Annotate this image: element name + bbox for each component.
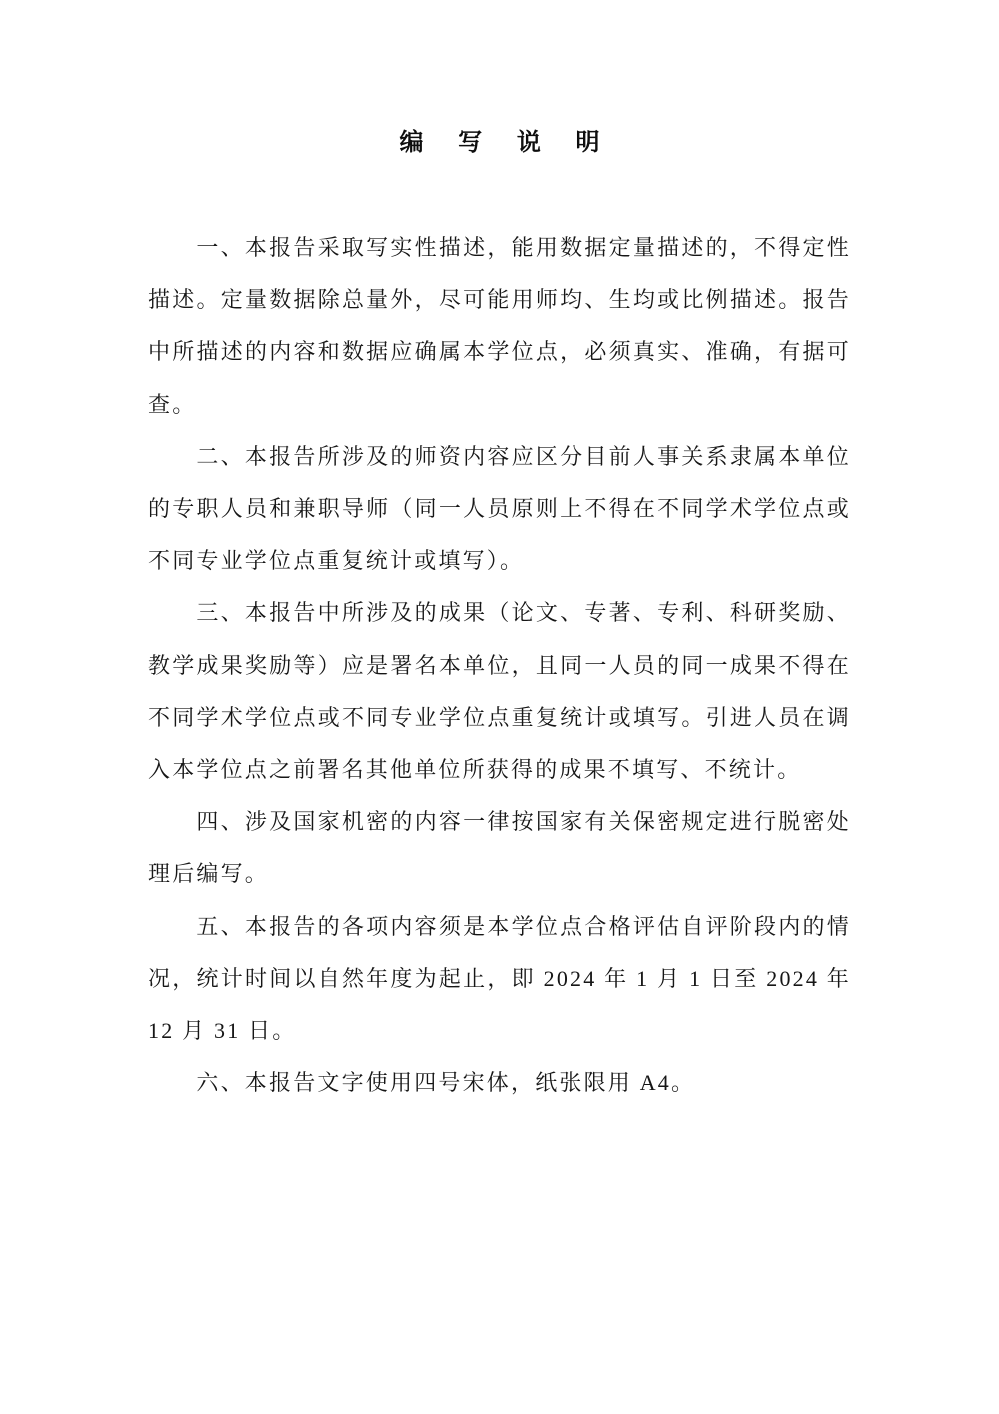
paragraph-4: 四、涉及国家机密的内容一律按国家有关保密规定进行脱密处理后编写。 — [148, 796, 851, 900]
paragraph-1: 一、本报告采取写实性描述，能用数据定量描述的，不得定性描述。定量数据除总量外，尽… — [148, 222, 851, 431]
document-content: 编 写 说 明 一、本报告采取写实性描述，能用数据定量描述的，不得定性描述。定量… — [0, 0, 999, 1109]
paragraph-2: 二、本报告所涉及的师资内容应区分目前人事关系隶属本单位的专职人员和兼职导师（同一… — [148, 431, 851, 588]
paragraph-5: 五、本报告的各项内容须是本学位点合格评估自评阶段内的情况，统计时间以自然年度为起… — [148, 901, 851, 1058]
document-page: 编 写 说 明 一、本报告采取写实性描述，能用数据定量描述的，不得定性描述。定量… — [0, 0, 999, 1414]
paragraph-3: 三、本报告中所涉及的成果（论文、专著、专利、科研奖励、教学成果奖励等）应是署名本… — [148, 587, 851, 796]
document-body: 一、本报告采取写实性描述，能用数据定量描述的，不得定性描述。定量数据除总量外，尽… — [148, 222, 851, 1109]
page-title: 编 写 说 明 — [148, 126, 851, 160]
paragraph-6: 六、本报告文字使用四号宋体，纸张限用 A4。 — [148, 1057, 851, 1109]
